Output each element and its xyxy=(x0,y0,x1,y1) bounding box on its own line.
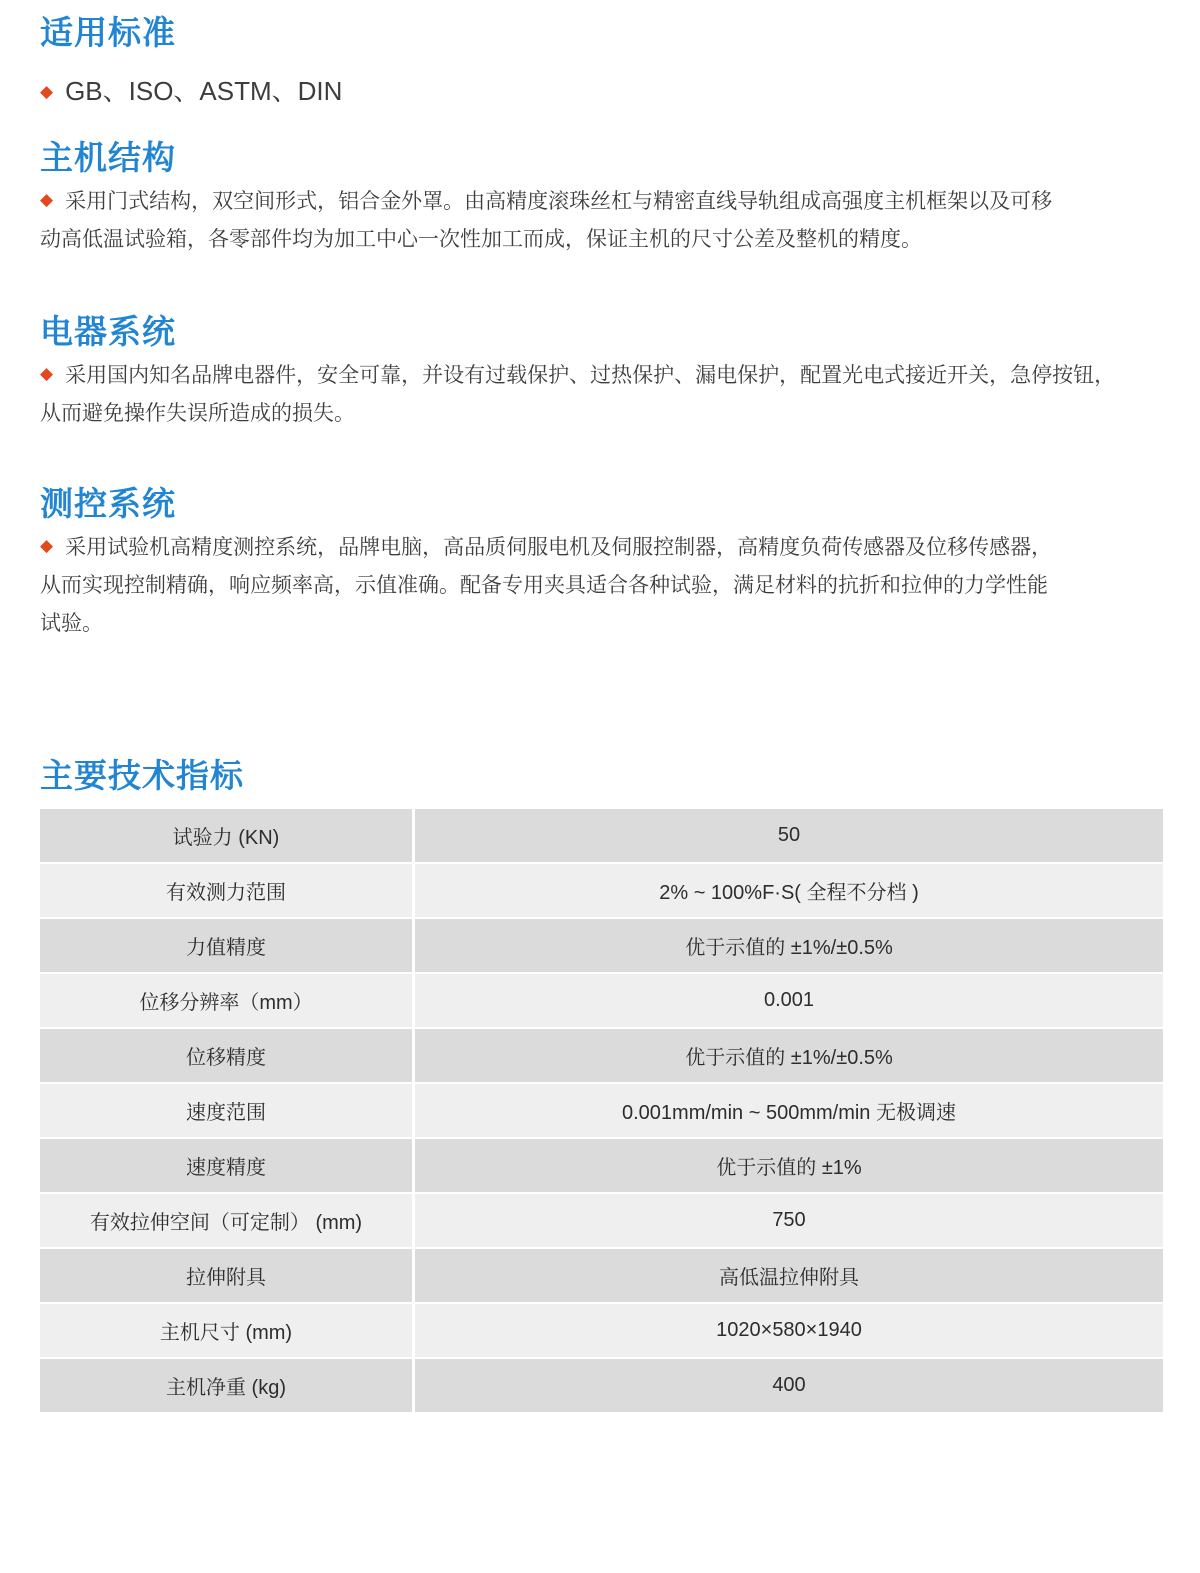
spec-value-cell: 优于示值的 ±1% xyxy=(415,1139,1163,1192)
table-row: 位移精度 优于示值的 ±1%/±0.5% xyxy=(40,1029,1163,1084)
table-row: 有效测力范围 2% ~ 100%F·S( 全程不分档 ) xyxy=(40,864,1163,919)
spec-value-cell: 1020×580×1940 xyxy=(415,1304,1163,1357)
section-heading-control-system: 测控系统 xyxy=(40,483,1184,525)
spec-label-cell: 位移分辨率（mm） xyxy=(40,974,415,1027)
table-row: 主机净重 (kg) 400 xyxy=(40,1359,1163,1414)
diamond-bullet-icon: ◆ xyxy=(40,527,53,565)
control-system-paragraph: ◆采用试验机高精度测控系统，品牌电脑，高品质伺服电机及伺服控制器，高精度负荷传感… xyxy=(40,527,1184,643)
spec-label-cell: 主机尺寸 (mm) xyxy=(40,1304,415,1357)
section-heading-specs: 主要技术指标 xyxy=(40,755,1184,797)
spec-label-cell: 有效拉伸空间（可定制） (mm) xyxy=(40,1194,415,1247)
spec-table: 试验力 (KN) 50 有效测力范围 2% ~ 100%F·S( 全程不分档 )… xyxy=(40,809,1163,1414)
table-row: 速度精度 优于示值的 ±1% xyxy=(40,1139,1163,1194)
spec-label-cell: 有效测力范围 xyxy=(40,864,415,917)
machine-structure-text: 采用门式结构，双空间形式，铝合金外罩。由高精度滚珠丝杠与精密直线导轨组成高强度主… xyxy=(40,190,1052,251)
spec-label-cell: 速度精度 xyxy=(40,1139,415,1192)
electrical-system-paragraph: ◆采用国内知名品牌电器件，安全可靠，并设有过载保护、过热保护、漏电保护，配置光电… xyxy=(40,355,1184,433)
table-row: 位移分辨率（mm） 0.001 xyxy=(40,974,1163,1029)
spec-label-cell: 力值精度 xyxy=(40,919,415,972)
diamond-bullet-icon: ◆ xyxy=(40,181,53,219)
section-heading-electrical-system: 电器系统 xyxy=(40,311,1184,353)
spec-value-cell: 750 xyxy=(415,1194,1163,1247)
spec-label-cell: 速度范围 xyxy=(40,1084,415,1137)
spec-value-cell: 0.001mm/min ~ 500mm/min 无极调速 xyxy=(415,1084,1163,1137)
table-row: 力值精度 优于示值的 ±1%/±0.5% xyxy=(40,919,1163,974)
section-heading-machine-structure: 主机结构 xyxy=(40,137,1184,179)
section-heading-standards: 适用标准 xyxy=(40,12,1184,54)
standards-list-item: ◆GB、ISO、ASTM、DIN xyxy=(40,74,1184,109)
diamond-bullet-icon: ◆ xyxy=(40,75,53,109)
table-row: 拉伸附具 高低温拉伸附具 xyxy=(40,1249,1163,1304)
spec-value-cell: 2% ~ 100%F·S( 全程不分档 ) xyxy=(415,864,1163,917)
control-system-text: 采用试验机高精度测控系统，品牌电脑，高品质伺服电机及伺服控制器，高精度负荷传感器… xyxy=(40,536,1052,635)
spec-value-cell: 优于示值的 ±1%/±0.5% xyxy=(415,1029,1163,1082)
spec-value-cell: 优于示值的 ±1%/±0.5% xyxy=(415,919,1163,972)
spec-label-cell: 主机净重 (kg) xyxy=(40,1359,415,1412)
standards-text: GB、ISO、ASTM、DIN xyxy=(65,76,342,106)
spec-value-cell: 400 xyxy=(415,1359,1163,1412)
diamond-bullet-icon: ◆ xyxy=(40,355,53,393)
table-row: 主机尺寸 (mm) 1020×580×1940 xyxy=(40,1304,1163,1359)
machine-structure-paragraph: ◆采用门式结构，双空间形式，铝合金外罩。由高精度滚珠丝杠与精密直线导轨组成高强度… xyxy=(40,181,1184,259)
electrical-system-text: 采用国内知名品牌电器件，安全可靠，并设有过载保护、过热保护、漏电保护，配置光电式… xyxy=(40,364,1115,425)
table-row: 试验力 (KN) 50 xyxy=(40,809,1163,864)
table-row: 有效拉伸空间（可定制） (mm) 750 xyxy=(40,1194,1163,1249)
table-row: 速度范围 0.001mm/min ~ 500mm/min 无极调速 xyxy=(40,1084,1163,1139)
spec-value-cell: 高低温拉伸附具 xyxy=(415,1249,1163,1302)
spec-label-cell: 拉伸附具 xyxy=(40,1249,415,1302)
spec-document-page: 适用标准 ◆GB、ISO、ASTM、DIN 主机结构 ◆采用门式结构，双空间形式… xyxy=(0,12,1200,1474)
spec-label-cell: 位移精度 xyxy=(40,1029,415,1082)
spec-value-cell: 50 xyxy=(415,809,1163,862)
spec-label-cell: 试验力 (KN) xyxy=(40,809,415,862)
spec-value-cell: 0.001 xyxy=(415,974,1163,1027)
